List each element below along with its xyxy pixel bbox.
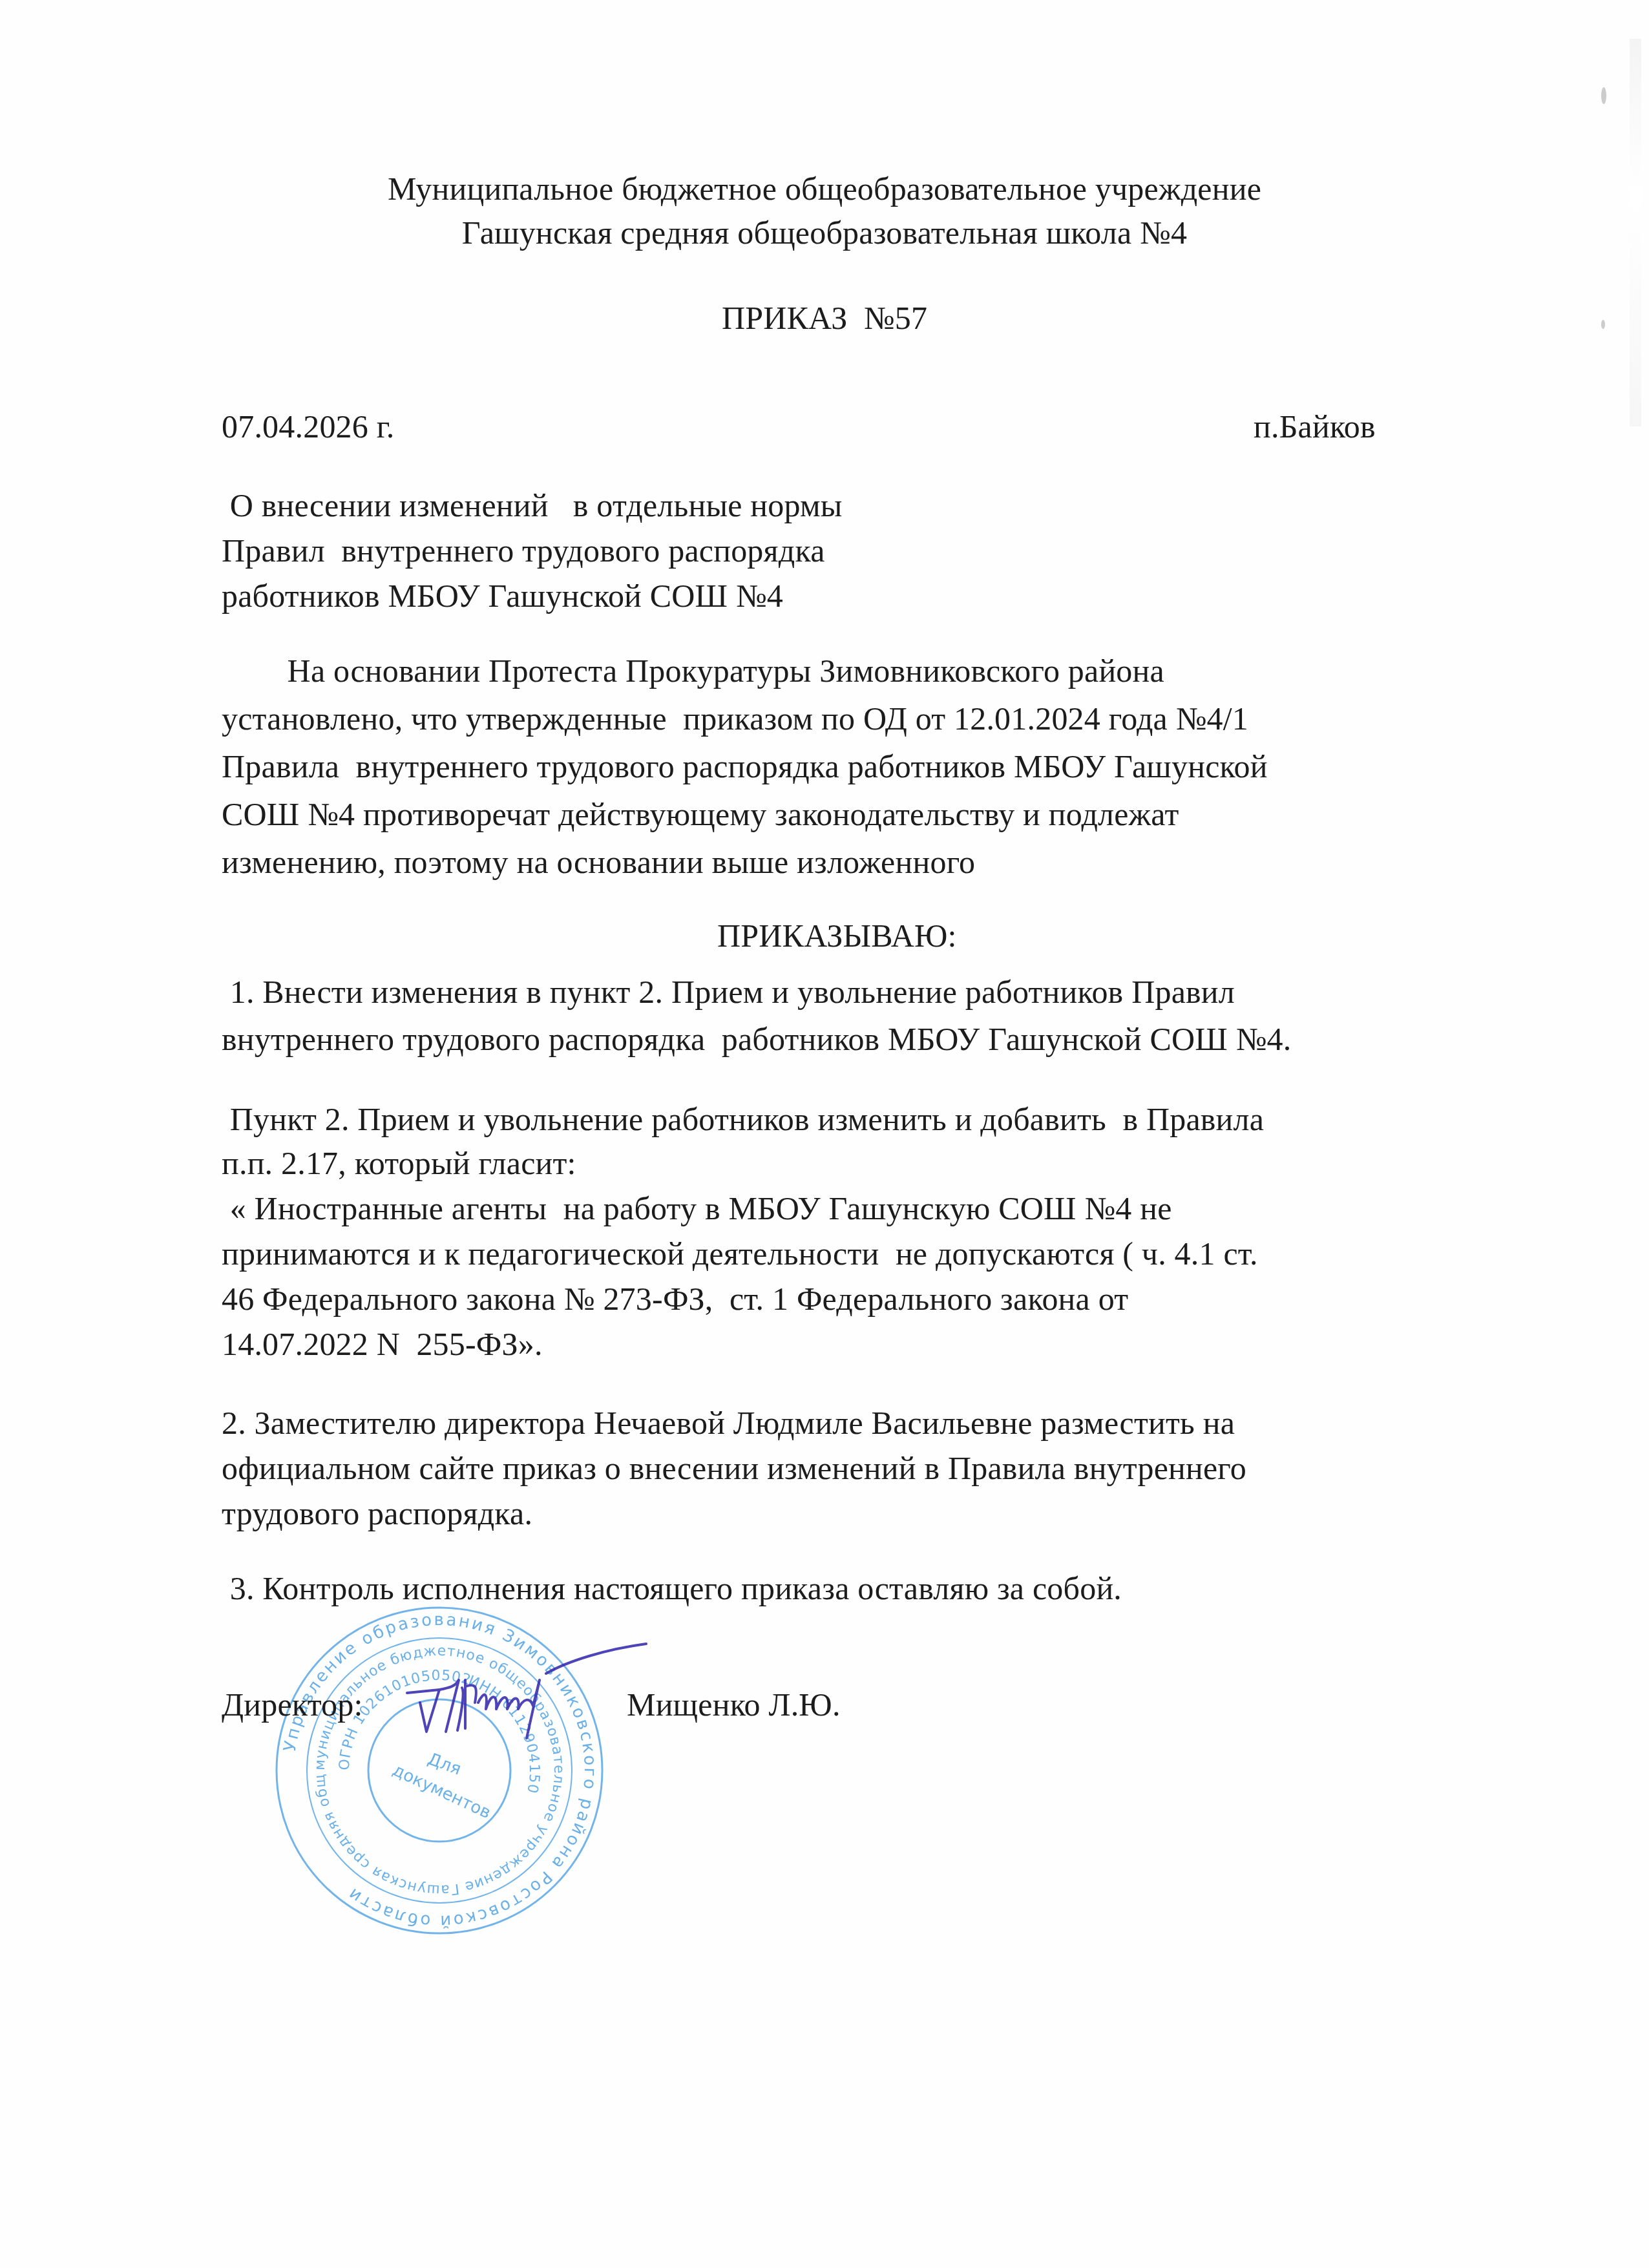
item-2-line: 2. Заместителю директора Нечаевой Людмил… [222,1403,1235,1442]
signatory-name: Мищенко Л.Ю. [627,1685,841,1724]
preamble-line: СОШ №4 противоречат действующему законод… [222,795,1179,834]
preamble-line: установлено, что утвержденные приказом п… [222,699,1248,738]
order-date: 07.04.2026 г. [222,407,394,446]
item-1-detail-line: п.п. 2.17, который гласит: [222,1144,576,1182]
order-place: п.Байков [1254,407,1376,446]
scan-speck [1601,87,1606,104]
item-3-line: 3. Контроль исполнения настоящего приказ… [222,1569,1122,1608]
item-1-detail-line: 46 Федерального закона № 273-ФЗ, ст. 1 Ф… [222,1279,1128,1318]
item-1-detail-line: 14.07.2022 N 255-ФЗ». [222,1325,543,1363]
item-1-line: 1. Внести изменения в пункт 2. Прием и у… [222,972,1235,1011]
subject-line: О внесении изменений в отдельные нормы [222,486,843,525]
document-page: Муниципальное бюджетное общеобразователь… [0,0,1649,2268]
order-directive-heading: ПРИКАЗЫВАЮ: [717,916,957,955]
item-1-detail-line: « Иностранные агенты на работу в МБОУ Га… [222,1189,1172,1228]
item-2-line: официальном сайте приказ о внесении изме… [222,1449,1246,1487]
subject-line: работников МБОУ Гашунской СОШ №4 [222,576,783,615]
subject-line: Правил внутреннего трудового распорядка [222,531,825,570]
org-name-line-1: Муниципальное бюджетное общеобразователь… [0,169,1649,208]
preamble-line: изменению, поэтому на основании выше изл… [222,843,975,881]
item-1-detail-line: Пункт 2. Прием и увольнение работников и… [222,1100,1264,1139]
item-1-line: внутреннего трудового распорядка работни… [222,1020,1291,1058]
item-2-line: трудового распорядка. [222,1494,532,1533]
handwritten-signature [401,1641,659,1745]
preamble-line: Правила внутреннего трудового распорядка… [222,747,1268,786]
signatory-role: Директор: [222,1685,363,1724]
stamp-center-line-1: Для [425,1749,464,1779]
item-1-detail-line: принимаются и к педагогической деятельно… [222,1234,1258,1273]
order-title: ПРИКАЗ №57 [0,299,1649,337]
org-name-line-2: Гашунская средняя общеобразовательная шк… [0,213,1649,252]
preamble-line: На основании Протеста Прокуратуры Зимовн… [222,651,1164,690]
